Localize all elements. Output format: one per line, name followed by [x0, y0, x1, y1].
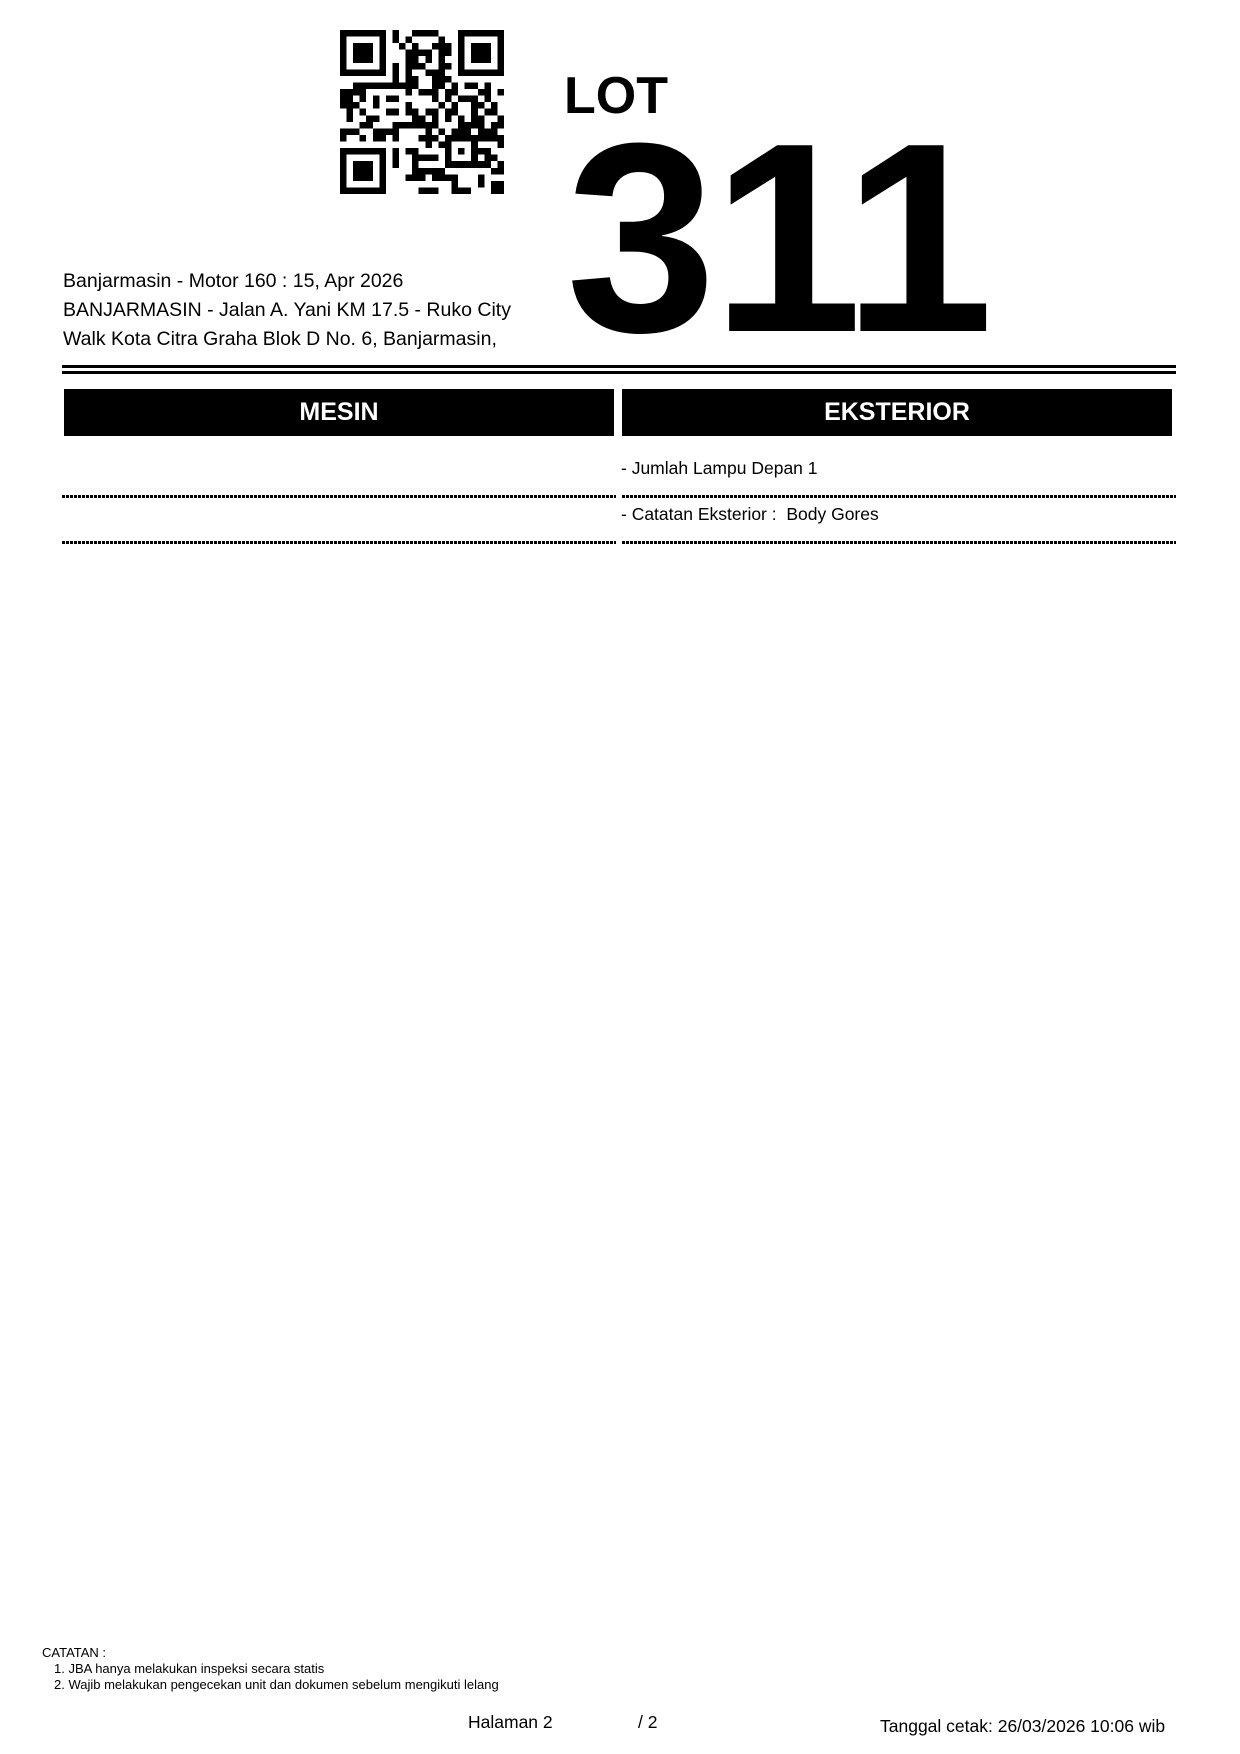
- lot-number: 311: [566, 104, 990, 374]
- qr-code-icon: [340, 30, 504, 194]
- page-total: / 2: [638, 1712, 657, 1733]
- notes-title: CATATAN :: [42, 1645, 499, 1661]
- row-divider: [622, 541, 1176, 544]
- section-header-eksterior: EKSTERIOR: [622, 389, 1172, 436]
- eksterior-item: - Jumlah Lampu Depan 1: [621, 458, 818, 479]
- page-number: Halaman 2: [468, 1712, 553, 1733]
- header-divider: [62, 365, 1176, 368]
- note-item: 1. JBA hanya melakukan inspeksi secara s…: [42, 1661, 499, 1677]
- section-header-mesin: MESIN: [64, 389, 614, 436]
- print-date: Tanggal cetak: 26/03/2026 10:06 wib: [880, 1716, 1165, 1737]
- eksterior-item: - Catatan Eksterior : Body Gores: [621, 504, 879, 525]
- auction-address-line-1: BANJARMASIN - Jalan A. Yani KM 17.5 - Ru…: [63, 296, 583, 325]
- row-divider: [622, 495, 1176, 498]
- auction-address-line-2: Walk Kota Citra Graha Blok D No. 6, Banj…: [63, 325, 583, 354]
- auction-header: Banjarmasin - Motor 160 : 15, Apr 2026 B…: [63, 267, 583, 354]
- note-item: 2. Wajib melakukan pengecekan unit dan d…: [42, 1677, 499, 1693]
- header-divider: [62, 371, 1176, 374]
- notes: CATATAN : 1. JBA hanya melakukan inspeks…: [42, 1645, 499, 1693]
- row-divider: [62, 541, 616, 544]
- row-divider: [62, 495, 616, 498]
- auction-title: Banjarmasin - Motor 160 : 15, Apr 2026: [63, 267, 583, 296]
